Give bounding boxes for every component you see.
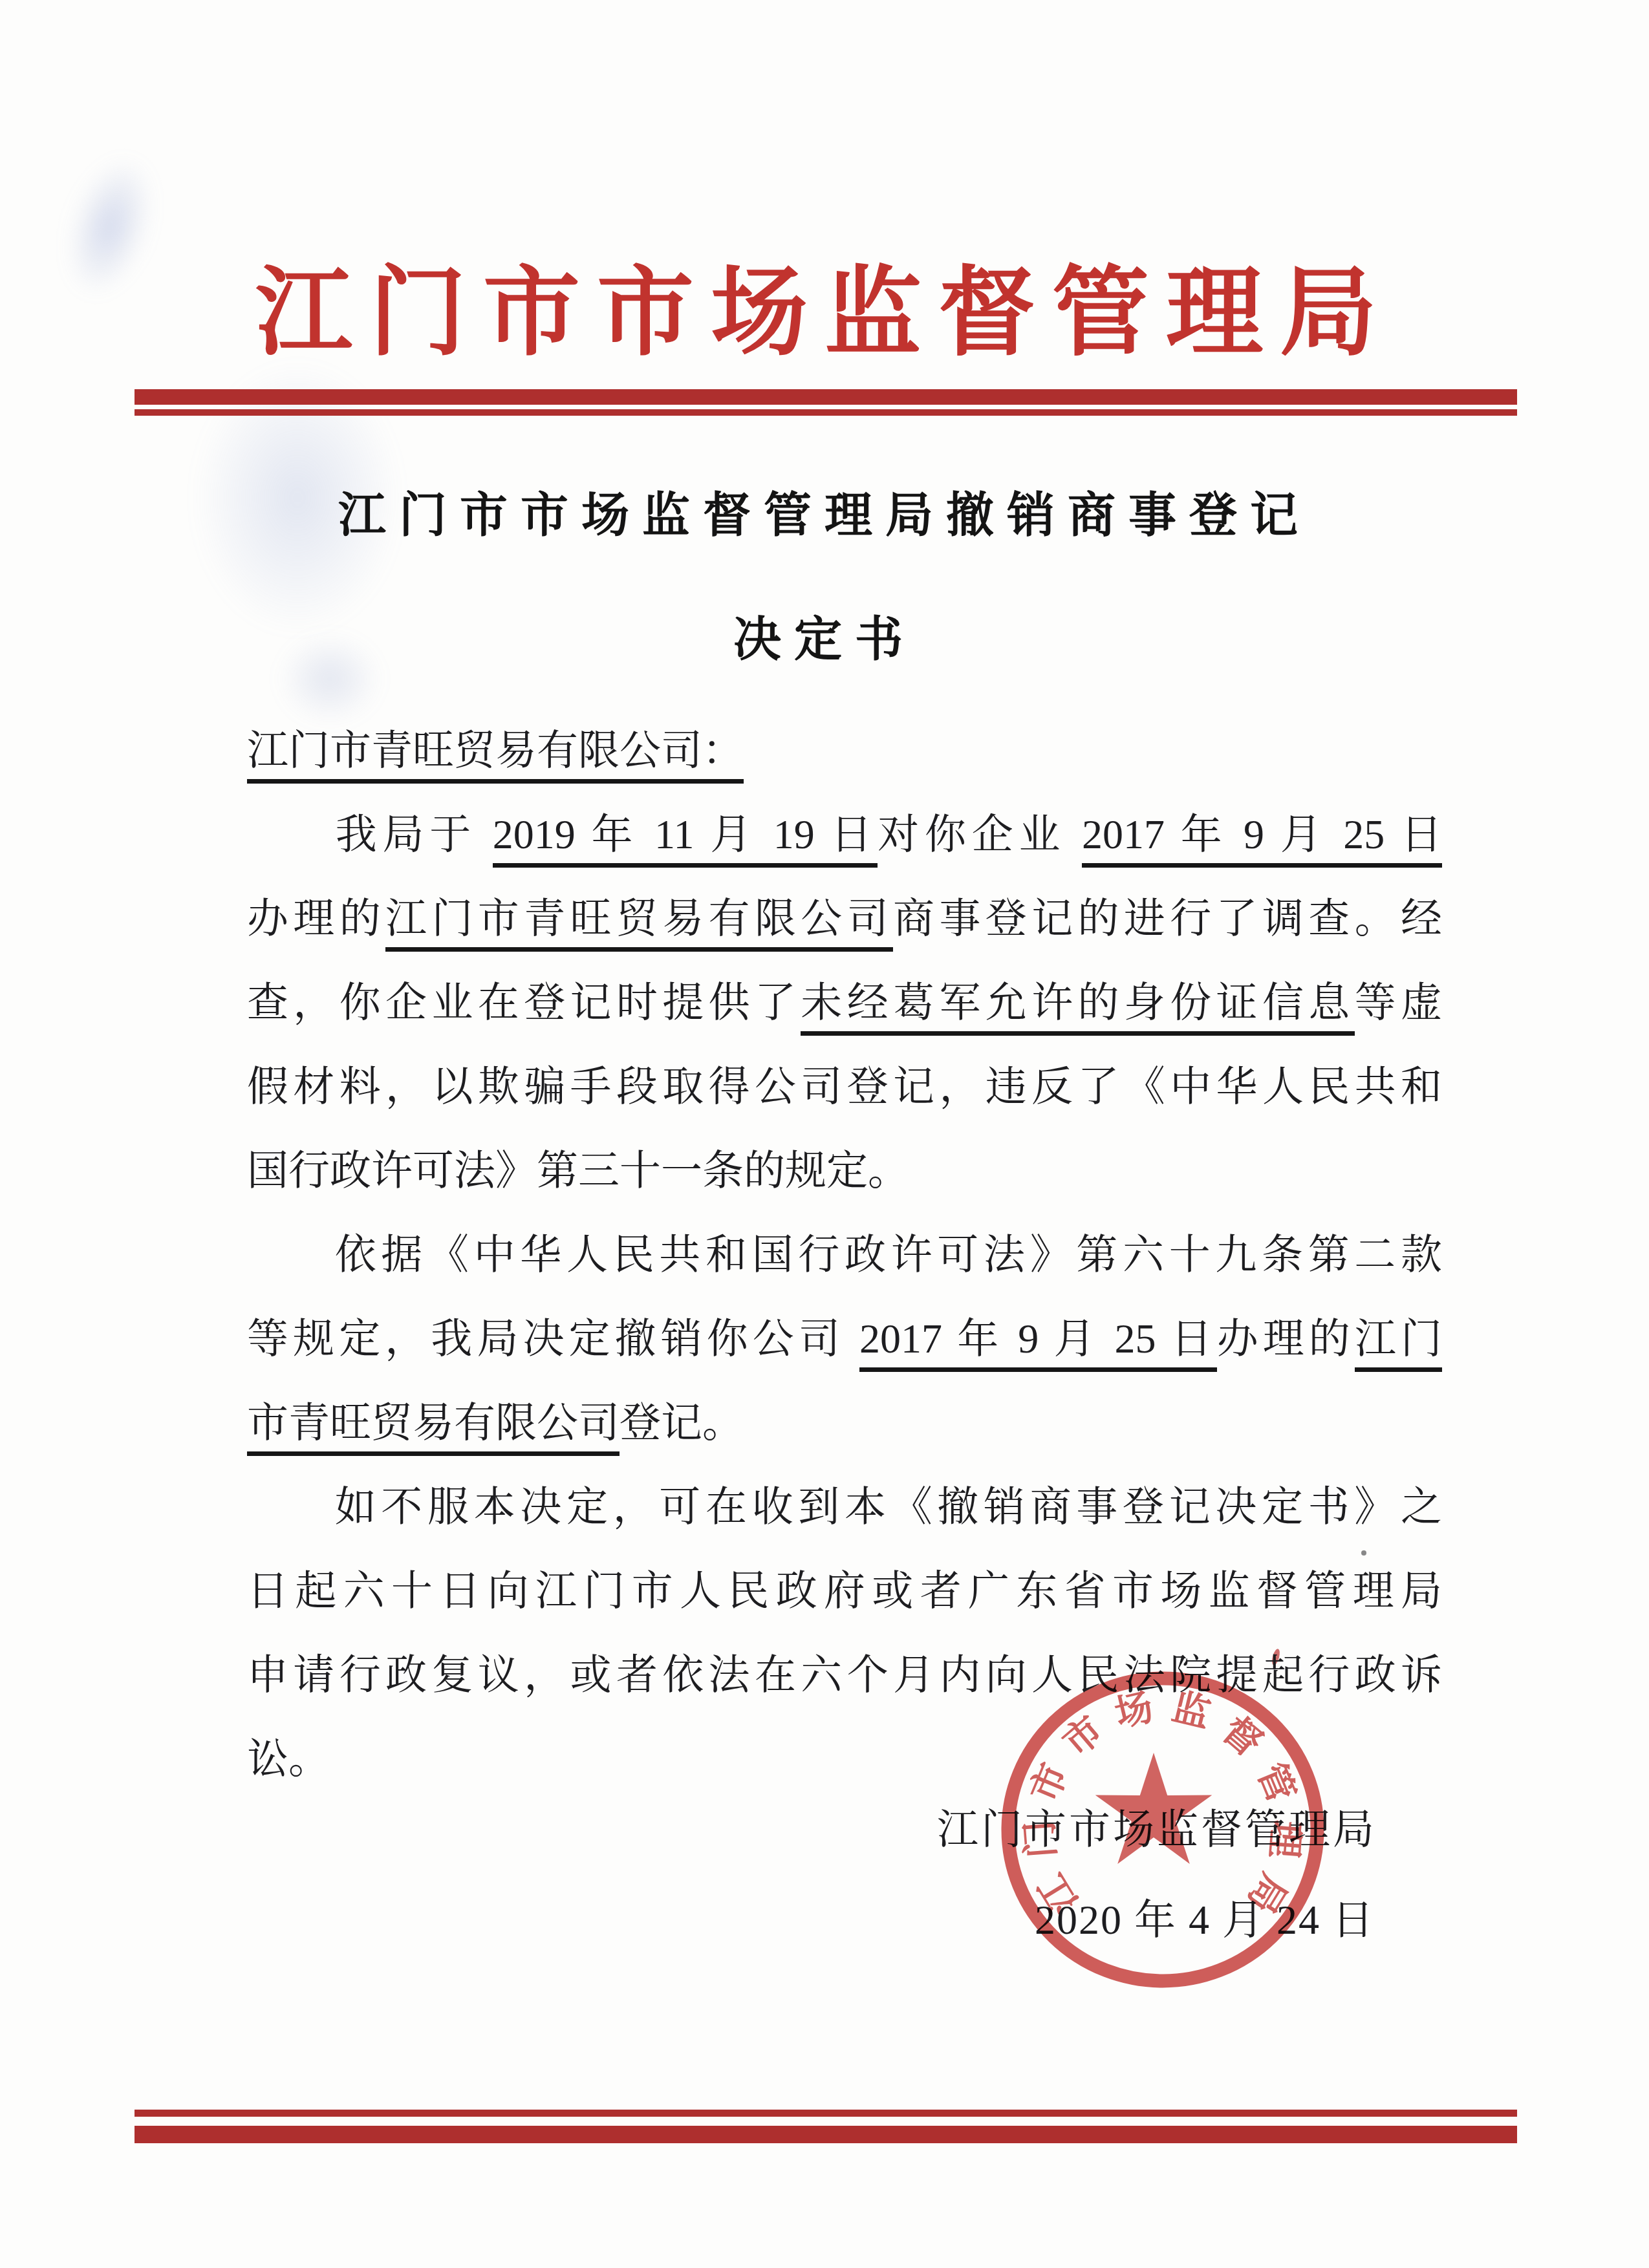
body-segment-underlined: 2017 年 9 月 25 日 — [859, 1316, 1217, 1372]
footer-rule-thick — [135, 2126, 1517, 2143]
document-body: 江门市青旺贸易有限公司： 我局于 2019 年 11 月 19 日对你企业 20… — [247, 709, 1442, 1801]
body-line: 假材料，以欺骗手段取得公司登记，违反了《中华人民共和 — [247, 1045, 1442, 1129]
body-segment: 查，你企业在登记时提供了 — [247, 979, 801, 1025]
document-page: 江门市市场监督管理局 江门市市场监督管理局撤销商事登记 决定书 江门市青旺贸易有… — [0, 0, 1649, 2268]
document-title-line1: 江门市市场监督管理局撤销商事登记 — [0, 477, 1649, 546]
body-segment-underlined: 2017 年 9 月 25 日 — [1082, 811, 1442, 868]
body-segment: 日起六十日向江门市人民政府或者广东省市场监督管理局 — [247, 1568, 1442, 1614]
body-segment: 商事登记的进行了调查。经 — [893, 895, 1442, 941]
body-segment: 对你企业 — [878, 811, 1082, 857]
body-segment: 讼。 — [247, 1736, 330, 1782]
body-segment: 等规定，我局决定撤销你公司 — [247, 1316, 859, 1362]
body-segment-underlined: 2019 年 11 月 19 日 — [493, 811, 878, 868]
seal-char: 监 — [1168, 1685, 1214, 1735]
body-segment-underlined: 未经葛军允许的身份证信息 — [801, 979, 1354, 1036]
document-title-line2: 决定书 — [0, 601, 1649, 670]
body-line: 办理的江门市青旺贸易有限公司商事登记的进行了调查。经 — [247, 877, 1442, 961]
body-line: 日起六十日向江门市人民政府或者广东省市场监督管理局 — [247, 1549, 1442, 1633]
body-line: 如不服本决定，可在收到本《撤销商事登记决定书》之 — [247, 1465, 1442, 1549]
body-segment: 我局于 — [330, 811, 493, 857]
body-line: 查，你企业在登记时提供了未经葛军允许的身份证信息等虚 — [247, 961, 1442, 1045]
body-line: 等规定，我局决定撤销你公司 2017 年 9 月 25 日办理的江门 — [247, 1297, 1442, 1381]
seal-char: 管 — [1249, 1757, 1302, 1808]
body-segment: 国行政许可法》第三十一条的规定。 — [247, 1148, 909, 1193]
body-segment: 办理的 — [1217, 1316, 1355, 1362]
body-segment-underlined: 市青旺贸易有限公司 — [247, 1400, 620, 1456]
seal-char: 理 — [1262, 1819, 1307, 1859]
body-segment: 假材料，以欺骗手段取得公司登记，违反了《中华人民共和 — [247, 1064, 1442, 1109]
body-segment-underlined: 江门市青旺贸易有限公司 — [385, 895, 893, 952]
body-segment: 依据《中华人民共和国行政许可法》第六十九条第二款 — [330, 1232, 1442, 1278]
body-segment: 如不服本决定，可在收到本《撤销商事登记决定书》之 — [330, 1484, 1442, 1530]
letterhead-rule-thin — [135, 409, 1517, 416]
letterhead-rule-thick — [135, 389, 1517, 405]
body-line: 国行政许可法》第三十一条的规定。 — [247, 1129, 1442, 1213]
body-segment: 等虚 — [1355, 979, 1442, 1025]
body-line: 市青旺贸易有限公司登记。 — [247, 1381, 1442, 1465]
seal-star-icon — [1095, 1753, 1212, 1864]
body-line: 江门市青旺贸易有限公司： — [247, 709, 1442, 793]
seal-char: 市 — [1023, 1757, 1076, 1808]
official-seal: 江 门 市 市 场 监 督 管 理 局 — [995, 1662, 1331, 1998]
letterhead-agency-name: 江门市市场监督管理局 — [0, 234, 1649, 374]
addressee: 江门市青旺贸易有限公司： — [247, 727, 744, 784]
body-segment: 登记。 — [620, 1400, 744, 1446]
body-segment: 办理的 — [247, 895, 385, 941]
seal-char: 门 — [1018, 1819, 1062, 1859]
footer-rule-thin — [135, 2110, 1517, 2117]
body-segment-underlined: 江门 — [1355, 1316, 1442, 1372]
body-line: 依据《中华人民共和国行政许可法》第六十九条第二款 — [247, 1213, 1442, 1297]
seal-char: 场 — [1111, 1685, 1158, 1735]
body-line: 我局于 2019 年 11 月 19 日对你企业 2017 年 9 月 25 日 — [247, 793, 1442, 877]
